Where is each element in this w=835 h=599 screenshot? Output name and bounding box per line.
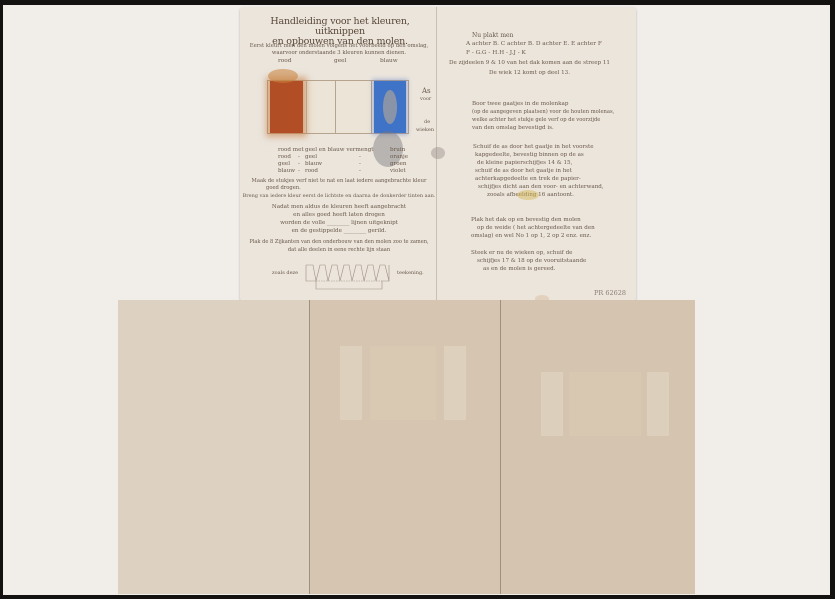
- r-para1-line-3: welke achter het stukje gele verf op de …: [472, 117, 600, 124]
- para3-line-4: en de gestippelde ________ gerild.: [248, 228, 430, 236]
- r-para1-line-4: van den omslag bevestigd is.: [472, 125, 554, 133]
- r-line-5: De wiek 12 komt op deel 13.: [437, 70, 622, 78]
- swatch-label-red: rood: [278, 58, 291, 66]
- side-note-de: de: [424, 119, 430, 126]
- empty-swatch: [335, 81, 372, 133]
- blue-paint-swatch: [374, 81, 406, 133]
- paint-stain: [268, 69, 298, 83]
- title-line-1: Handleiding voor het kleuren, uitknippen: [254, 17, 426, 37]
- para4-line-1: Plak de 8 Zijkanten van den onderbouw va…: [244, 239, 434, 246]
- r-para2-line-6: schijfjes dicht aan den voor- en achterw…: [478, 184, 604, 192]
- para3-line-1: Nadat men aldus de kleuren heeft aangebr…: [248, 204, 430, 212]
- r-para3-line-2: op de weide ( het achtergedeelte van den: [477, 225, 595, 233]
- side-note-wieken: wieken: [416, 127, 434, 134]
- para3-line-3: worden de volle ________ lijnen uitgekni…: [248, 220, 430, 228]
- r-para4-line-1: Steek er nu de wieken op, schuif de: [471, 250, 573, 258]
- cutout-right-label: teekening.: [397, 270, 424, 277]
- side-note-voor: voor: [420, 96, 431, 103]
- ghost-window-center: [569, 372, 641, 436]
- r-line-1: Nu plakt men: [472, 32, 513, 40]
- color-swatch-strip: [267, 80, 409, 134]
- ghost-window-right: [444, 346, 466, 420]
- red-paint-swatch: [270, 81, 303, 133]
- r-para4-line-2: schijfjes 17 & 18 op de vooruitstaande: [477, 258, 586, 266]
- catalog-number: PR 62628: [594, 289, 626, 298]
- para3-line-2: en alles goed heeft laten drogen: [248, 212, 430, 220]
- r-para2-line-3: de kleine papierschijfjes 14 & 15,: [477, 160, 572, 168]
- gray-stain-right: [431, 147, 445, 159]
- mix-row-4-a: blauw: [278, 168, 295, 176]
- r-para2-line-2: kapgedeelte, bevestig binnen op de as: [475, 152, 584, 160]
- panel-middle: [309, 300, 501, 594]
- cutout-left-label: zoals deze: [272, 270, 298, 277]
- r-line-3: F - G.G - H.H - J.J - K: [466, 50, 526, 58]
- intro-line-2: waarvoor onderstaande 3 kleuren kunnen d…: [248, 50, 430, 57]
- swatch-label-yellow: geel: [334, 58, 346, 66]
- r-para4-line-3: as en de molen is gereed.: [483, 266, 555, 274]
- r-para3-line-3: omslag) en wel No 1 op 1, 2 op 2 enz. en…: [471, 233, 591, 241]
- yellow-stain: [517, 190, 539, 200]
- r-para2-line-1: Schuif de as door het gaatje in het voor…: [473, 144, 594, 152]
- para1-line-2: goed drogen.: [266, 185, 301, 192]
- panel-right: [500, 300, 695, 594]
- panel-left: [118, 300, 309, 594]
- instruction-page-left: Handleiding voor het kleuren, uitknippen…: [240, 7, 436, 301]
- ghost-window-left: [340, 346, 362, 420]
- r-para2-line-4: schuif de as door het gaatje in het: [475, 168, 572, 176]
- r-para3-line-1: Plak het dak op en bevestig den molen: [471, 217, 581, 225]
- ghost-window-center: [370, 346, 436, 420]
- para1-line-1: Maak de stukjes verf niet te nat en laat…: [244, 178, 434, 185]
- r-line-4: De zijdeelen 9 & 10 van het dak komen aa…: [437, 60, 622, 68]
- r-para2-line-5: achterkapgedeelte en trek de papier-: [475, 176, 581, 184]
- mix-row-4-result: violet: [390, 168, 406, 176]
- cutout-diagram-icon: [304, 264, 391, 290]
- r-para1-line-2: (op de aangegeven plaatsen) voor de hout…: [472, 109, 614, 116]
- ghost-window-right: [647, 372, 669, 436]
- instruction-card: Handleiding voor het kleuren, uitknippen…: [240, 7, 636, 301]
- ghost-window-left: [541, 372, 563, 436]
- instruction-page-right: Nu plakt men A achter B. C achter B. D a…: [437, 7, 636, 301]
- swatch-label-blue: blauw: [380, 58, 398, 66]
- mix-row-4-b: rood: [305, 168, 318, 176]
- r-line-2: A achter B. C achter B. D achter E. E ac…: [466, 41, 602, 49]
- para4-line-2: dat alle deelen in eene rechte lijn staa…: [248, 247, 430, 254]
- r-para1-line-1: Boor twee gaatjes in de molenkap: [472, 101, 568, 109]
- para2: Breng van iedere kleur eerst de lichtste…: [242, 193, 436, 200]
- yellow-paint-swatch: [306, 81, 336, 133]
